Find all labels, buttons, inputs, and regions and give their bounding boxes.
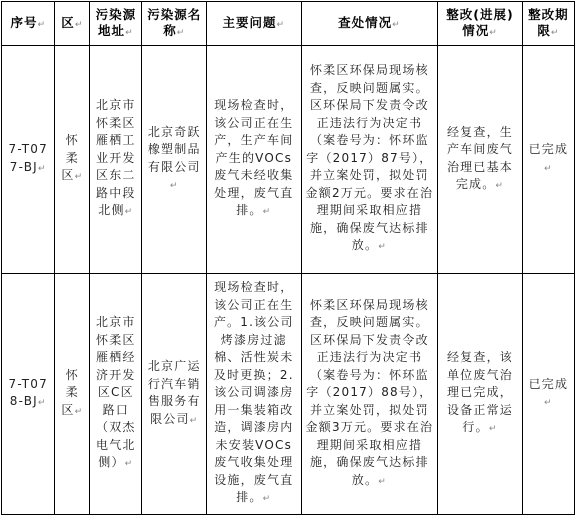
paragraph-mark-icon: ↵	[75, 407, 84, 417]
paragraph-mark-icon: ↵	[277, 20, 286, 30]
paragraph-mark-icon: ↵	[495, 181, 504, 191]
header-handling-label: 查处情况	[338, 15, 392, 30]
problem-text: 现场检查时，该公司正在生产，生产车间产生的VOCs废气未经收集处理，废气直排。	[214, 98, 293, 217]
cell-problem: 现场检查时，该公司正在生产。1.该公司烤漆房过滤棉、活性炭未及时更换；2.该公司…	[207, 274, 301, 515]
header-id: 序号↵	[2, 2, 55, 46]
header-progress-label: 整改(进展)情况	[446, 7, 513, 38]
company-name: 北京奇跃橡塑制品有限公司	[148, 125, 201, 174]
table-row: 7-T077-BJ↵ 怀柔区↵ 北京市怀柔区雁栖工业开发区东二路中段北侧↵ 北京…	[2, 46, 575, 274]
cell-deadline: 已完成↵	[522, 274, 574, 515]
inspection-table: 序号↵ 区↵ 污染源地址↵ 污染源名称↵ 主要问题↵ 查处情况↵ 整改(进展)情…	[1, 1, 575, 515]
paragraph-mark-icon: ↵	[378, 477, 387, 487]
paragraph-mark-icon: ↵	[263, 207, 272, 217]
paragraph-mark-icon: ↵	[489, 28, 498, 38]
paragraph-mark-icon: ↵	[170, 181, 179, 191]
cell-address: 北京市怀柔区雁栖经济开发区C区路口（双杰电气北侧）↵	[90, 274, 142, 515]
paragraph-mark-icon: ↵	[37, 20, 46, 30]
paragraph-mark-icon: ↵	[38, 164, 47, 174]
paragraph-mark-icon: ↵	[544, 398, 553, 408]
header-problem: 主要问题↵	[207, 2, 301, 46]
header-address: 污染源地址↵	[90, 2, 142, 46]
paragraph-mark-icon: ↵	[38, 398, 47, 408]
paragraph-mark-icon: ↵	[392, 20, 401, 30]
paragraph-mark-icon: ↵	[125, 459, 134, 469]
handling-text: 怀柔区环保局现场核查，反映问题属实。区环保局下发责令改正违法行为决定书（案卷号为…	[306, 63, 434, 252]
cell-name: 北京奇跃橡塑制品有限公司↵	[142, 46, 207, 274]
paragraph-mark-icon: ↵	[75, 172, 84, 182]
header-name: 污染源名称↵	[142, 2, 207, 46]
deadline-text: 已完成	[529, 142, 569, 156]
paragraph-mark-icon: ↵	[544, 164, 553, 174]
paragraph-mark-icon: ↵	[125, 207, 134, 217]
cell-id: 7-T077-BJ↵	[2, 46, 55, 274]
header-row: 序号↵ 区↵ 污染源地址↵ 污染源名称↵ 主要问题↵ 查处情况↵ 整改(进展)情…	[2, 2, 575, 46]
cell-district: 怀柔区↵	[55, 46, 90, 274]
header-id-label: 序号	[10, 15, 37, 30]
table-row: 7-T078-BJ↵ 怀柔区↵ 北京市怀柔区雁栖经济开发区C区路口（双杰电气北侧…	[2, 274, 575, 515]
cell-progress: 经复查，生产车间废气治理已基本完成。↵	[438, 46, 523, 274]
header-name-label: 污染源名称	[147, 7, 201, 38]
cell-address: 北京市怀柔区雁栖工业开发区东二路中段北侧↵	[90, 46, 142, 274]
header-district-label: 区	[61, 15, 75, 30]
header-district: 区↵	[55, 2, 90, 46]
header-deadline: 整改期限↵	[522, 2, 574, 46]
address-text: 北京市怀柔区雁栖工业开发区东二路中段北侧	[96, 98, 136, 217]
cell-problem: 现场检查时，该公司正在生产，生产车间产生的VOCs废气未经收集处理，废气直排。↵	[207, 46, 301, 274]
problem-text: 现场检查时，该公司正在生产。1.该公司烤漆房过滤棉、活性炭未及时更换；2.该公司…	[214, 280, 294, 504]
header-handling: 查处情况↵	[301, 2, 438, 46]
paragraph-mark-icon: ↵	[263, 494, 272, 504]
progress-text: 经复查，该单位废气治理已完成，设备正常运行。	[447, 350, 513, 434]
cell-name: 北京广运行汽车销售服务有限公司↵	[142, 274, 207, 515]
cell-progress: 经复查，该单位废气治理已完成，设备正常运行。↵	[438, 274, 523, 515]
header-deadline-label: 整改期限	[528, 7, 569, 38]
cell-handling: 怀柔区环保局现场核查，反映问题属实。区环保局下发责令改正违法行为决定书（案卷号为…	[301, 274, 438, 515]
paragraph-mark-icon: ↵	[177, 28, 186, 38]
paragraph-mark-icon: ↵	[75, 20, 84, 30]
cell-district: 怀柔区↵	[55, 274, 90, 515]
paragraph-mark-icon: ↵	[551, 28, 560, 38]
paragraph-mark-icon: ↵	[489, 424, 498, 434]
address-text: 北京市怀柔区雁栖经济开发区C区路口（双杰电气北侧）	[96, 315, 136, 469]
handling-text: 怀柔区环保局现场核查，反映问题属实。区环保局下发责令改正违法行为决定书（案卷号为…	[306, 298, 434, 487]
paragraph-mark-icon: ↵	[125, 28, 134, 38]
header-problem-label: 主要问题	[223, 15, 277, 30]
cell-deadline: 已完成↵	[522, 46, 574, 274]
cell-id: 7-T078-BJ↵	[2, 274, 55, 515]
header-progress: 整改(进展)情况↵	[438, 2, 523, 46]
cell-handling: 怀柔区环保局现场核查，反映问题属实。区环保局下发责令改正违法行为决定书（案卷号为…	[301, 46, 438, 274]
deadline-text: 已完成	[529, 377, 569, 391]
paragraph-mark-icon: ↵	[378, 242, 387, 252]
paragraph-mark-icon: ↵	[190, 416, 199, 426]
